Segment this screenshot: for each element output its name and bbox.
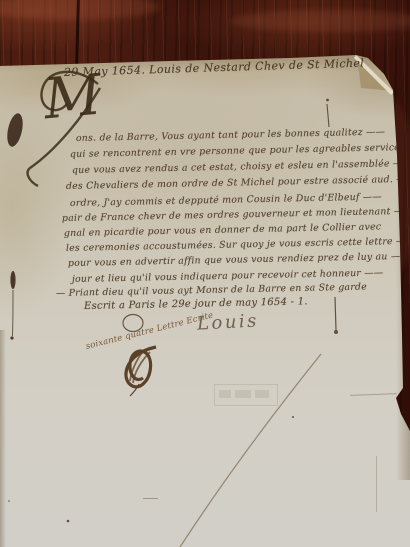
wood-grain-highlight	[0, 0, 160, 20]
wood-grain-highlight	[230, 10, 410, 32]
photo-of-manuscript: 29 May 1654. Louis de Nestard Chev de St…	[0, 0, 410, 547]
paper-specks	[8, 416, 294, 522]
pencil-line	[180, 354, 321, 547]
wood-seam	[75, 0, 80, 68]
ink-blot	[5, 112, 26, 340]
manuscript-paper: 29 May 1654. Louis de Nestard Chev de St…	[0, 0, 410, 547]
drop-cap-letter: M	[42, 68, 104, 129]
paraph-flourish	[126, 347, 156, 396]
ink-blot-tail	[13, 290, 14, 336]
